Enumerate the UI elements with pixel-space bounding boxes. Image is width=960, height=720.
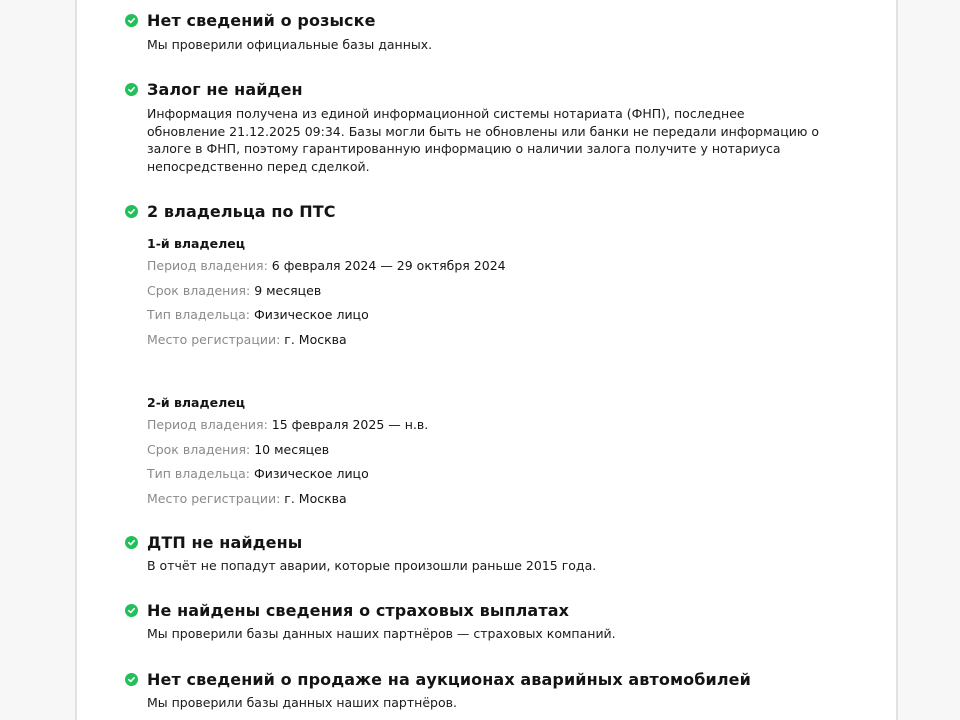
section-title: ДТП не найдены	[147, 533, 302, 552]
section-pledge: Залог не найден Информация получена из е…	[125, 78, 825, 175]
field-label: Срок владения:	[147, 283, 250, 298]
field-label: Период владения:	[147, 417, 268, 432]
check-circle-icon	[125, 536, 138, 549]
check-circle-icon	[125, 205, 138, 218]
section-insurance: Не найдены сведения о страховых выплатах…	[125, 599, 825, 643]
field-label: Место регистрации:	[147, 332, 280, 347]
check-circle-icon	[125, 604, 138, 617]
field-value: г. Москва	[284, 332, 346, 347]
field-value: 6 февраля 2024 — 29 октября 2024	[272, 258, 506, 273]
check-circle-icon	[125, 83, 138, 96]
field-value: 10 месяцев	[254, 442, 329, 457]
owner-heading: 1-й владелец	[147, 236, 825, 254]
owner-duration: Срок владения: 9 месяцев	[147, 279, 825, 304]
section-description: Мы проверили базы данных наших партнёров…	[147, 694, 825, 712]
owner-period: Период владения: 6 февраля 2024 — 29 окт…	[147, 254, 825, 279]
owner-period: Период владения: 15 февраля 2025 — н.в.	[147, 413, 825, 438]
section-description: Мы проверили официальные базы данных.	[147, 36, 825, 54]
field-value: 15 февраля 2025 — н.в.	[272, 417, 428, 432]
section-description: В отчёт не попадут аварии, которые произ…	[147, 557, 825, 575]
owner-type: Тип владельца: Физическое лицо	[147, 303, 825, 328]
field-value: г. Москва	[284, 491, 346, 506]
description-line: непосредственно перед сделкой.	[147, 158, 825, 176]
section-description: Мы проверили базы данных наших партнёров…	[147, 625, 825, 643]
field-label: Период владения:	[147, 258, 268, 273]
owner-card-2: 2-й владелец Период владения: 15 февраля…	[125, 395, 825, 511]
section-owners: 2 владельца по ПТС	[125, 200, 825, 222]
owner-heading: 2-й владелец	[147, 395, 825, 413]
field-label: Срок владения:	[147, 442, 250, 457]
description-line: залоге в ФНП, поэтому гарантированную ин…	[147, 140, 825, 158]
owner-registration: Место регистрации: г. Москва	[147, 328, 825, 353]
description-line: обновление 21.12.2025 09:34. Базы могли …	[147, 123, 825, 141]
owner-duration: Срок владения: 10 месяцев	[147, 438, 825, 463]
section-auctions: Нет сведений о продаже на аукционах авар…	[125, 668, 825, 712]
check-circle-icon	[125, 14, 138, 27]
section-title: Не найдены сведения о страховых выплатах	[147, 601, 569, 620]
owner-registration: Место регистрации: г. Москва	[147, 487, 825, 512]
section-title: Нет сведений о розыске	[147, 11, 376, 30]
field-label: Тип владельца:	[147, 466, 250, 481]
owner-type: Тип владельца: Физическое лицо	[147, 462, 825, 487]
check-circle-icon	[125, 673, 138, 686]
section-title: 2 владельца по ПТС	[147, 202, 336, 221]
section-description: Информация получена из единой информацио…	[147, 105, 825, 175]
section-title: Залог не найден	[147, 80, 303, 99]
description-line: Информация получена из единой информацио…	[147, 105, 825, 123]
field-value: Физическое лицо	[254, 466, 369, 481]
field-value: 9 месяцев	[254, 283, 321, 298]
field-value: Физическое лицо	[254, 307, 369, 322]
section-accidents: ДТП не найдены В отчёт не попадут аварии…	[125, 531, 825, 575]
section-title: Нет сведений о продаже на аукционах авар…	[147, 670, 751, 689]
field-label: Тип владельца:	[147, 307, 250, 322]
section-wanted: Нет сведений о розыске Мы проверили офиц…	[125, 9, 825, 54]
owner-card-1: 1-й владелец Период владения: 6 февраля …	[125, 236, 825, 352]
field-label: Место регистрации:	[147, 491, 280, 506]
